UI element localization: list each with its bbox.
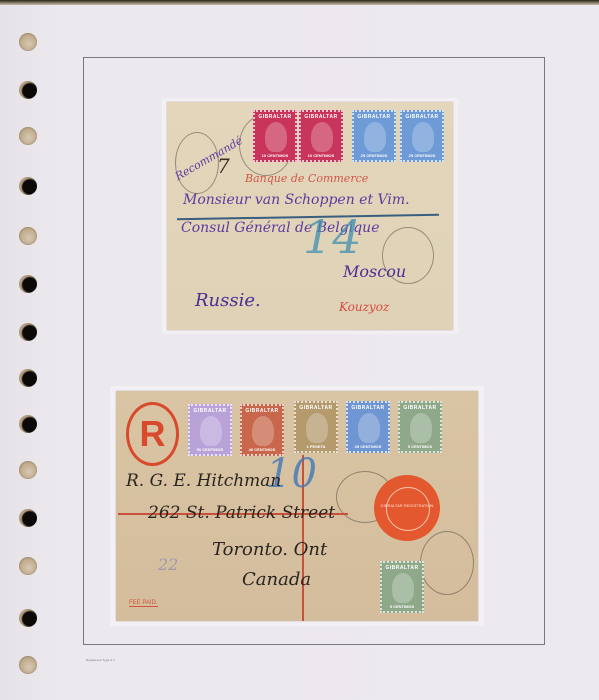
binder-hole (19, 33, 37, 51)
queen-portrait-icon (410, 413, 432, 443)
binder-hole (19, 275, 37, 293)
stamp-country: GIBRALTAR (296, 405, 336, 411)
queen-portrait-icon (358, 413, 380, 443)
stamp-value: 5 CENTIMOS (400, 444, 440, 449)
binder-hole (19, 227, 37, 245)
binder-hole (19, 323, 37, 341)
registration-r-mark: R (126, 402, 179, 466)
cover-1-envelope[interactable]: GIBRALTAR 10 CENTIMOS GIBRALTAR 10 CENTI… (167, 102, 453, 330)
address-name: R. G. E. Hitchman (126, 471, 281, 491)
address-city: Moscou (343, 262, 406, 281)
stamp-country: GIBRALTAR (301, 114, 341, 120)
address-city: Toronto. Ont (212, 539, 327, 560)
embossed-text: GIBRALTAR REGISTRATION (377, 503, 437, 508)
address-line-2: Monsieur van Schoppen et Vim. (183, 192, 410, 208)
queen-portrait-icon (392, 573, 414, 603)
binder-hole (19, 177, 37, 195)
stamp-value: 10 CENTIMOS (301, 153, 341, 158)
stamp: GIBRALTAR 50 CENTIMOS (188, 404, 232, 456)
binder-hole (19, 656, 37, 674)
address-country: Russie. (195, 290, 261, 311)
stamp-country: GIBRALTAR (382, 565, 422, 571)
stamp: GIBRALTAR 25 CENTIMOS (400, 110, 444, 162)
stamp: GIBRALTAR 25 CENTIMOS (352, 110, 396, 162)
ink-mark: 7 (217, 154, 230, 178)
stamp-country: GIBRALTAR (354, 114, 394, 120)
stamp: GIBRALTAR 40 CENTIMOS (240, 404, 284, 456)
stamp: GIBRALTAR 10 CENTIMOS (299, 110, 343, 162)
registration-letter: R (140, 413, 166, 455)
stamp-value: 25 CENTIMOS (402, 153, 442, 158)
queen-portrait-icon (265, 122, 287, 152)
stamp: GIBRALTAR 25 CENTIMOS (346, 401, 390, 453)
embossed-registration-stamp: GIBRALTAR REGISTRATION (374, 475, 440, 541)
binder-hole (19, 369, 37, 387)
binder-hole (19, 609, 37, 627)
stamp-value: 1 PESETA (296, 444, 336, 449)
fee-paid-label: FEE PAID. (129, 600, 158, 607)
queen-portrait-icon (364, 122, 386, 152)
address-country: Canada (242, 569, 311, 590)
stamp: GIBRALTAR 5 CENTIMOS (398, 401, 442, 453)
stamp: GIBRALTAR 1 PESETA (294, 401, 338, 453)
stamp-value: 50 CENTIMOS (190, 447, 230, 452)
queen-portrait-icon (412, 122, 434, 152)
stamp: GIBRALTAR 5 CENTIMOS (380, 561, 424, 613)
stamp-country: GIBRALTAR (255, 114, 295, 120)
stamp-value: 25 CENTIMOS (354, 153, 394, 158)
postmark (420, 531, 474, 595)
stamp-country: GIBRALTAR (190, 408, 230, 414)
embossed-inner-ring (386, 487, 430, 531)
stamp-value: 5 CENTIMOS (382, 604, 422, 609)
address-street: 262 St. Patrick Street (148, 503, 335, 523)
binder-hole (19, 415, 37, 433)
pencil-mark: 22 (158, 555, 178, 574)
queen-portrait-icon (311, 122, 333, 152)
binder-hole (19, 461, 37, 479)
queen-portrait-icon (252, 416, 274, 446)
binder-hole (19, 509, 37, 527)
binder-hole (19, 557, 37, 575)
stamp: GIBRALTAR 10 CENTIMOS (253, 110, 297, 162)
stamp-country: GIBRALTAR (400, 405, 440, 411)
binder-hole (19, 81, 37, 99)
stamp-value: 25 CENTIMOS (348, 444, 388, 449)
address-line-1: Banque de Commerce (245, 172, 368, 185)
red-annotation: Kouzyoz (339, 300, 389, 314)
cover-2-envelope[interactable]: R GIBRALTAR 50 CENTIMOS GIBRALTAR 40 CEN… (116, 391, 478, 621)
stamp-country: GIBRALTAR (402, 114, 442, 120)
blue-crayon-mark: 14 (303, 210, 362, 264)
stamp-value: 10 CENTIMOS (255, 153, 295, 158)
binder-hole (19, 127, 37, 145)
stamp-country: GIBRALTAR (348, 405, 388, 411)
page-caption: Registered Type A.1 (86, 658, 115, 662)
stamp-country: GIBRALTAR (242, 408, 282, 414)
queen-portrait-icon (306, 413, 328, 443)
queen-portrait-icon (200, 416, 222, 446)
